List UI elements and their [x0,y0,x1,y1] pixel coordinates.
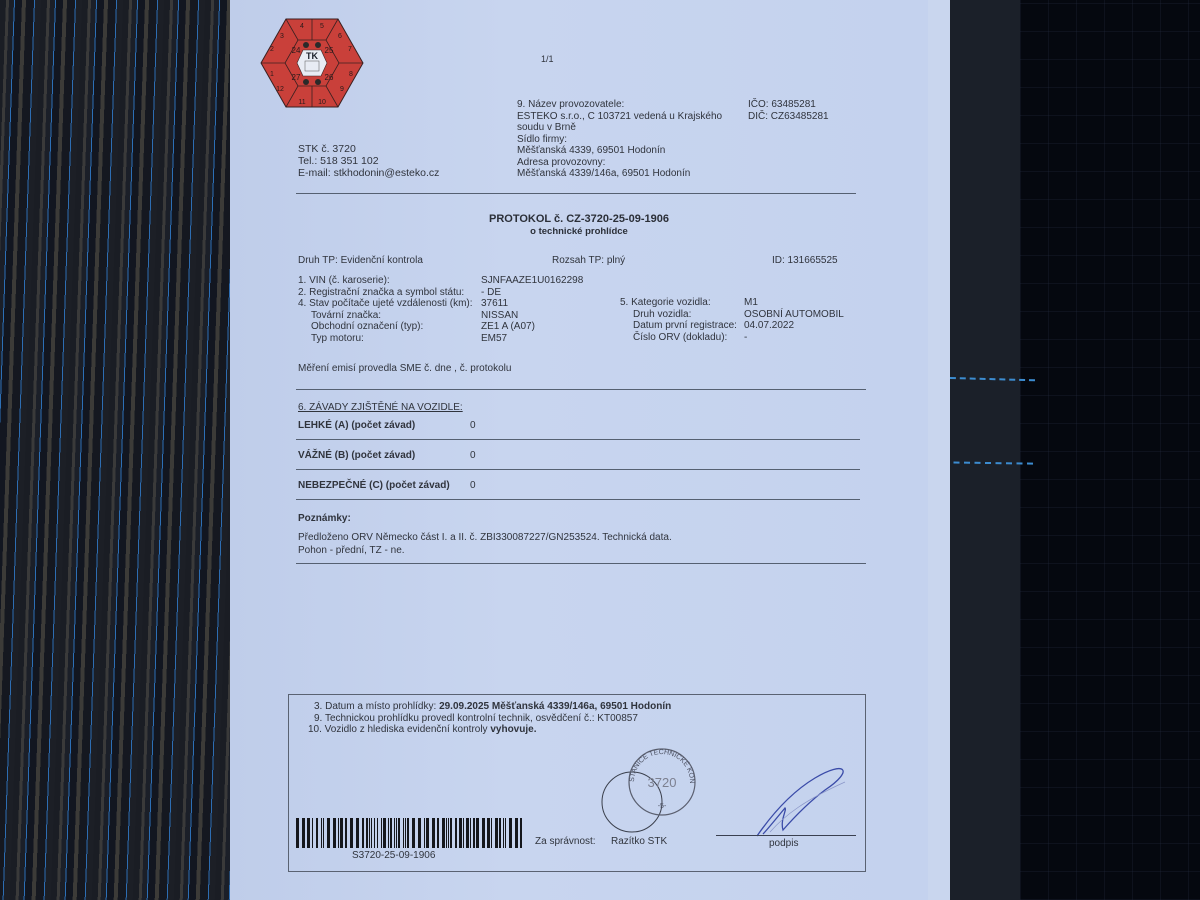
defect-count: 0 [470,450,476,462]
tk-logo-icon: TK 45 67 89 1011 121 23 2425 2627 [260,18,364,108]
dic: DIČ: CZ63485281 [748,111,829,123]
vehicle-field-label: Datum první registrace: [620,320,737,332]
defects-title: 6. ZÁVADY ZJIŠTĚNÉ NA VOZIDLE: [298,402,463,414]
svg-text:10: 10 [318,99,326,106]
inspection-date-place: 3. Datum a místo prohlídky: 29.09.2025 M… [314,701,671,713]
signature-icon [745,760,855,840]
ico: IČO: 63485281 [748,99,829,111]
page-indicator: 1/1 [541,54,554,66]
svg-text:TK: TK [306,51,318,61]
footer-lines: 3. Datum a místo prohlídky: 29.09.2025 M… [314,701,671,736]
inspection-protocol-document: TK 45 67 89 1011 121 23 2425 2627 1/1 9.… [230,0,928,900]
svg-text:7: 7 [348,46,352,53]
operator-line: Měšťanská 4339/146a, 69501 Hodonín [517,168,722,180]
operator-line: 9. Název provozovatele: [517,99,722,111]
signature-line [716,835,856,836]
station-number: STK č. 3720 [298,143,439,155]
technician-line: 9. Technickou prohlídku provedl kontroln… [314,713,671,725]
svg-text:9: 9 [340,86,344,93]
vehicle-values-left: SJNFAAZE1U0162298- DE37611NISSANZE1 A (A… [481,275,583,344]
operator-line: Adresa provozovny: [517,157,722,169]
inspection-type: Druh TP: Evidenční kontrola [298,255,423,267]
notes-text: Předloženo ORV Německo část I. a II. č. … [298,532,672,557]
svg-text:-5-: -5- [658,803,667,810]
operator-line: Sídlo firmy: [517,134,722,146]
svg-text:25: 25 [325,46,334,55]
svg-text:26: 26 [325,73,334,82]
vehicle-field-value: OSOBNÍ AUTOMOBIL [744,309,844,321]
vehicle-field-label: Typ motoru: [298,333,473,345]
car-seat-fabric-right [1020,0,1200,900]
vehicle-field-label: Číslo ORV (dokladu): [620,332,737,344]
vehicle-field-value: NISSAN [481,310,583,322]
company-ids: IČO: 63485281 DIČ: CZ63485281 [748,99,829,122]
svg-text:2: 2 [270,46,274,53]
vehicle-field-value: SJNFAAZE1U0162298 [481,275,583,287]
vehicle-labels-left: 1. VIN (č. karoserie):2. Registrační zna… [298,275,473,344]
vehicle-field-value: M1 [744,297,844,309]
emissions-note: Měření emisí provedla SME č. dne , č. pr… [298,363,511,375]
vehicle-field-value: EM57 [481,333,583,345]
svg-text:6: 6 [338,33,342,40]
svg-text:12: 12 [276,86,284,93]
divider [296,439,860,440]
vehicle-field-label: Obchodní označení (typ): [298,321,473,333]
vehicle-field-value: 04.07.2022 [744,320,844,332]
barcode-number: S3720-25-09-1906 [352,850,435,862]
defect-label: NEBEZPEČNÉ (C) (počet závad) [298,480,450,492]
note-line: Předloženo ORV Německo část I. a II. č. … [298,532,672,545]
vehicle-labels-right: 5. Kategorie vozidla:Druh vozidla:Datum … [620,297,737,343]
protocol-subtitle: o technické prohlídce [230,226,928,237]
svg-text:5: 5 [320,23,324,30]
svg-text:1: 1 [270,71,274,78]
station-email: E-mail: stkhodonin@esteko.cz [298,167,439,179]
divider [296,193,856,194]
svg-text:24: 24 [292,46,301,55]
defect-label: LEHKÉ (A) (počet závad) [298,420,415,432]
car-seat-fabric-left [0,0,232,900]
operator-block: 9. Název provozovatele:ESTEKO s.r.o., C … [517,99,722,180]
za-spravnost-label: Za správnost: [535,836,596,848]
vehicle-field-label: 2. Registrační značka a symbol státu: [298,287,473,299]
inspection-scope: Rozsah TP: plný [552,255,625,267]
operator-line: ESTEKO s.r.o., C 103721 vedená u Krajské… [517,111,722,123]
svg-text:4: 4 [300,23,304,30]
result-line: 10. Vozidlo z hlediska evidenční kontrol… [308,724,671,736]
barcode [296,818,526,848]
vehicle-values-right: M1OSOBNÍ AUTOMOBIL04.07.2022- [744,297,844,343]
note-line: Pohon - přední, TZ - ne. [298,545,672,558]
vehicle-field-label: 1. VIN (č. karoserie): [298,275,473,287]
vehicle-field-value: - DE [481,287,583,299]
station-phone: Tel.: 518 351 102 [298,155,439,167]
svg-text:8: 8 [349,71,353,78]
divider [296,469,860,470]
svg-text:3: 3 [280,33,284,40]
defect-label: VÁŽNÉ (B) (počet závad) [298,450,415,462]
vehicle-field-label: Druh vozidla: [620,309,737,321]
operator-line: Měšťanská 4339, 69501 Hodonín [517,145,722,157]
divider [296,563,866,564]
inspection-id: ID: 131665525 [772,255,838,267]
defect-count: 0 [470,420,476,432]
operator-line: soudu v Brně [517,122,722,134]
defect-count: 0 [470,480,476,492]
svg-text:3720: 3720 [648,775,677,790]
vehicle-field-value: 37611 [481,298,583,310]
svg-text:11: 11 [298,99,305,106]
notes-title: Poznámky: [298,513,351,525]
vehicle-field-value: - [744,332,844,344]
divider [296,499,860,500]
protocol-title: PROTOKOL č. CZ-3720-25-09-1906 [230,213,928,226]
vehicle-field-label: Tovární značka: [298,310,473,322]
divider [296,389,866,390]
vehicle-field-label: 4. Stav počítače ujeté vzdálenosti (km): [298,298,473,310]
vehicle-field-label: 5. Kategorie vozidla: [620,297,737,309]
svg-text:27: 27 [292,73,301,82]
signature-label: podpis [769,838,798,850]
stk-stamp-icon: STANICE TECHNICKÉ KONTROLY 3720 -5- [600,742,710,842]
station-contact: STK č. 3720 Tel.: 518 351 102 E-mail: st… [298,143,439,179]
vehicle-field-value: ZE1 A (A07) [481,321,583,333]
